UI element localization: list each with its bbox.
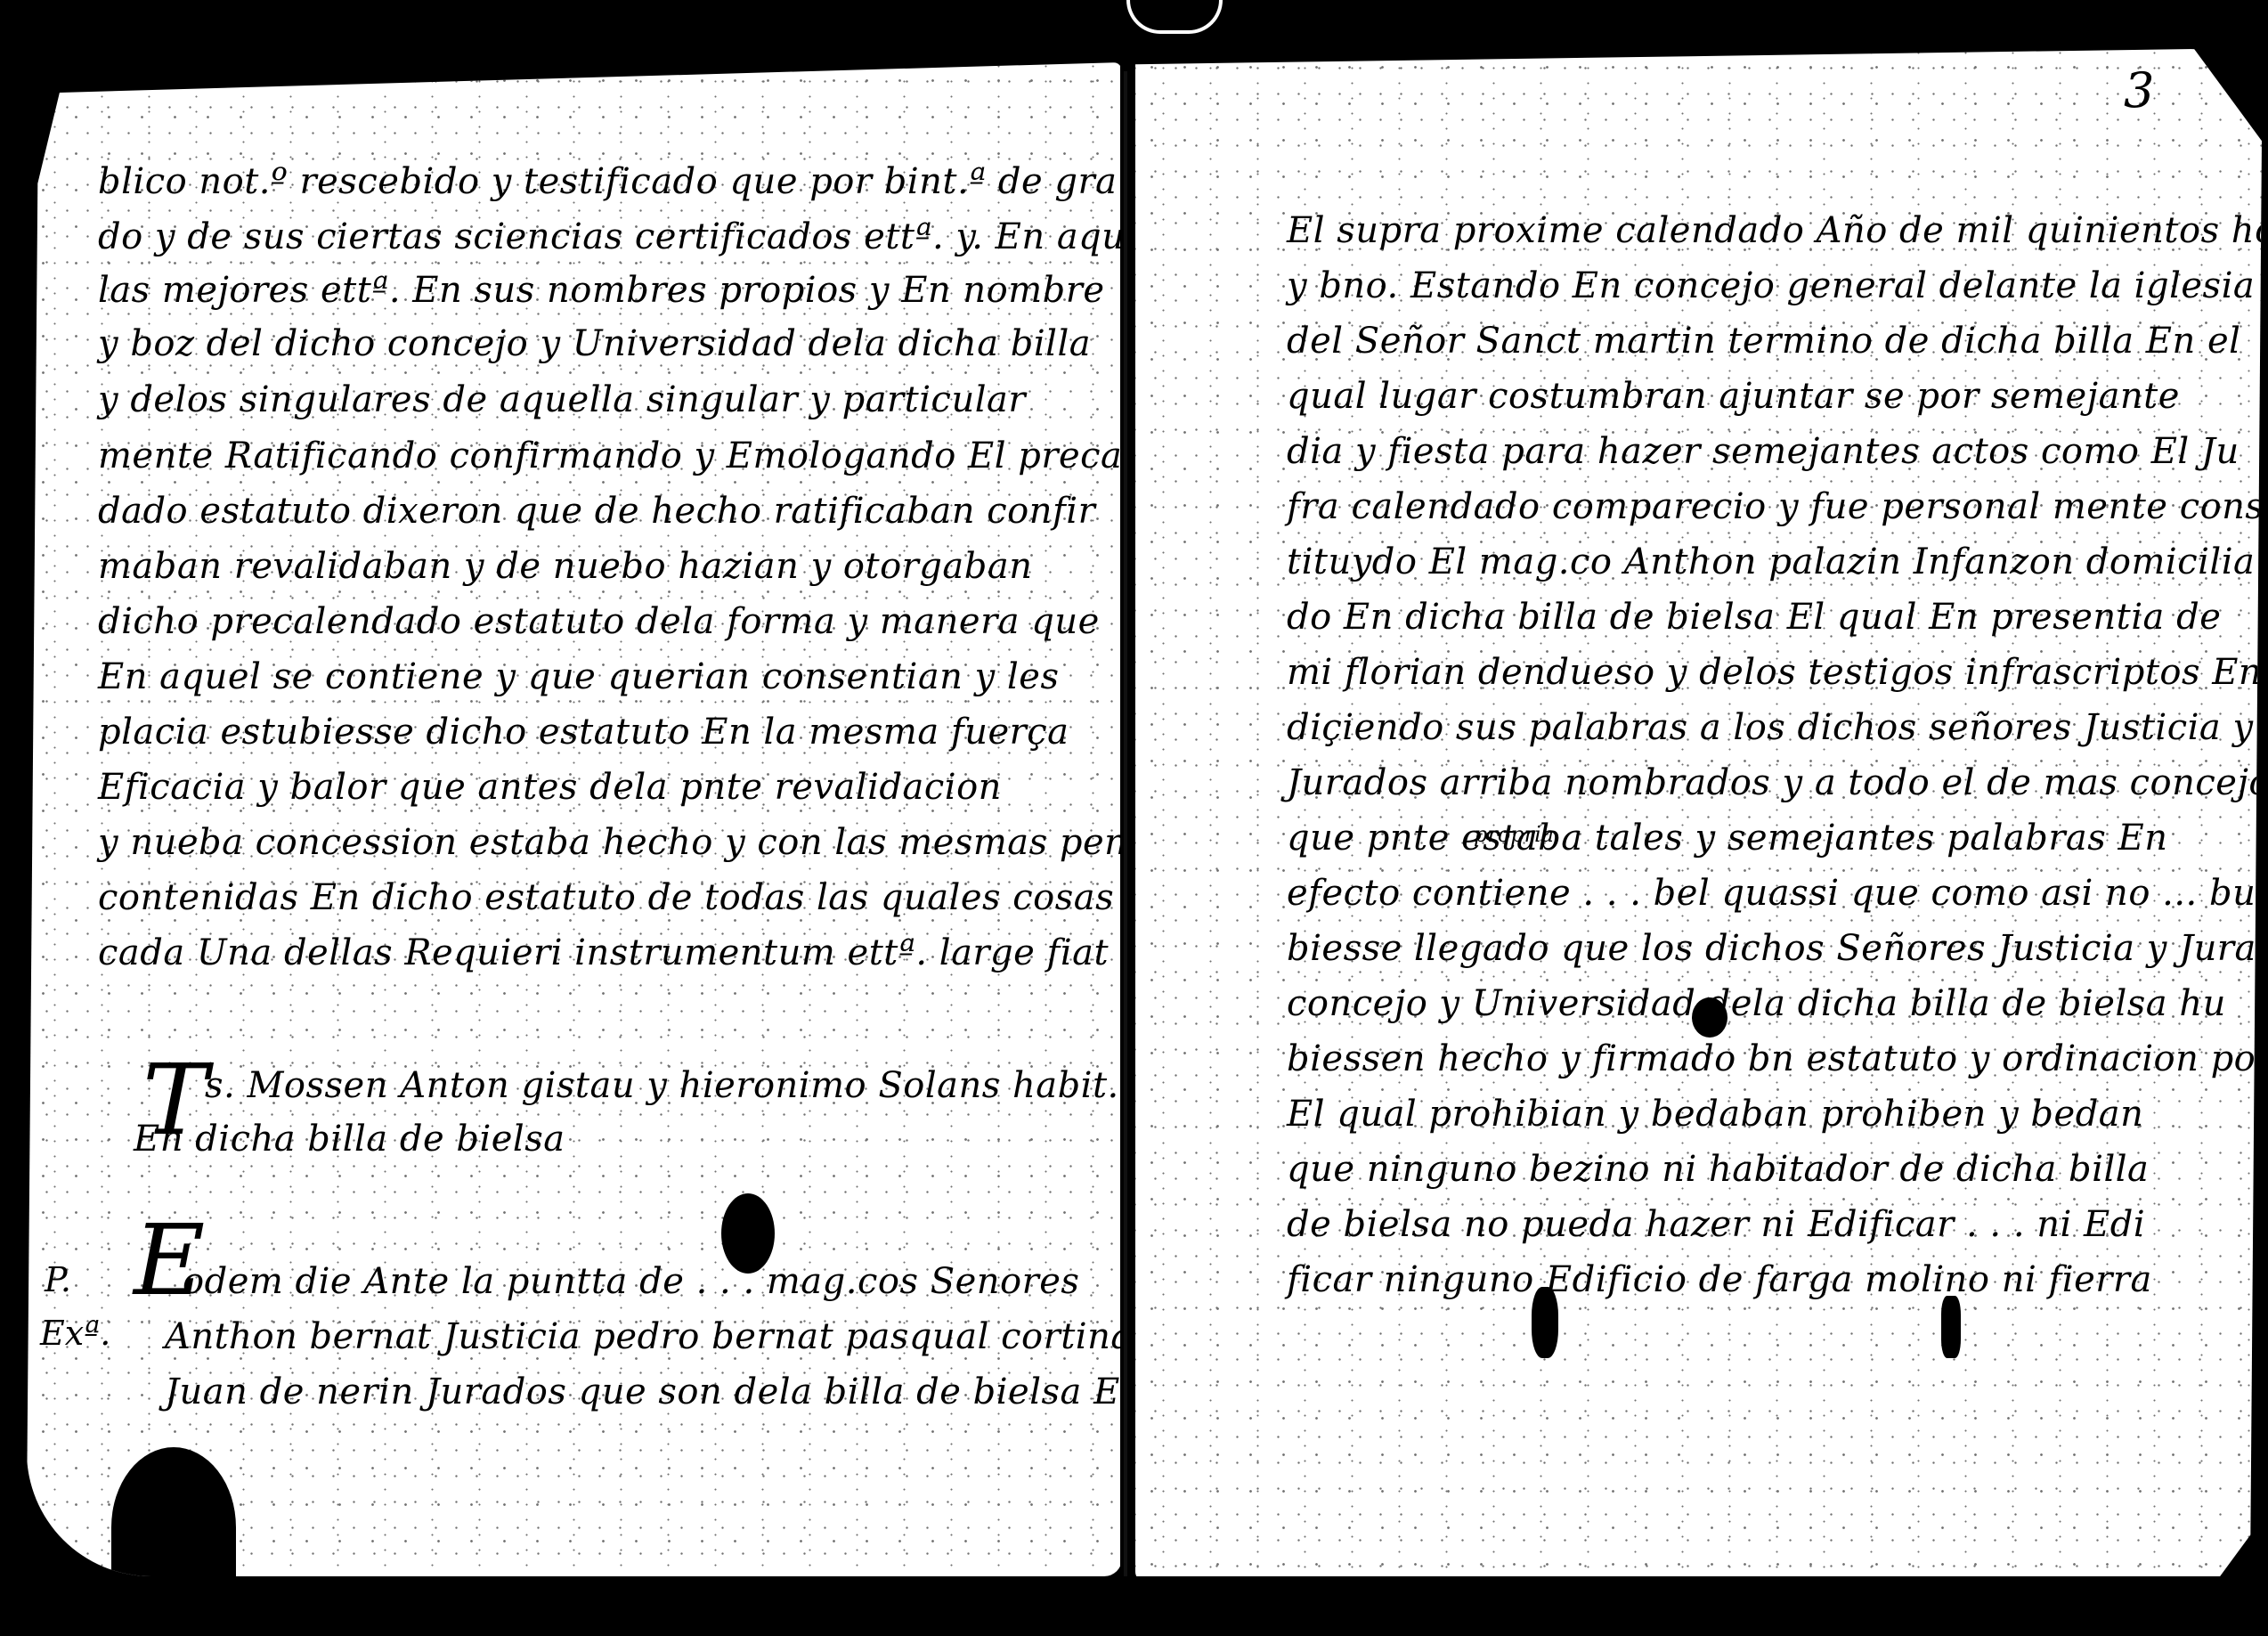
text-line: cada Una dellas Requieri instrumentum et… xyxy=(98,932,1122,974)
text-line: s. Mossen Anton gistau y hieronimo Solan… xyxy=(205,1064,1119,1107)
text-line: dia y fiesta para hazer semejantes actos… xyxy=(1287,430,2240,473)
text-line: El supra proxime calendado Año de mil qu… xyxy=(1287,209,2262,252)
text-line: En aquel se contiene y que querian conse… xyxy=(98,655,1059,698)
text-line: diçiendo sus palabras a los dichos señor… xyxy=(1287,706,2254,749)
text-line: fra calendado comparecio y fue personal … xyxy=(1287,485,2262,528)
text-line: concejo y Universidad dela dicha billa d… xyxy=(1287,982,2226,1025)
text-line: maban revalidaban y de nuebo hazian y ot… xyxy=(98,545,1032,588)
text-line: las mejores ettª. En sus nombres propios… xyxy=(98,269,1105,312)
text-line: que ninguno bezino ni habitador de dicha… xyxy=(1287,1148,2149,1191)
ink-blot xyxy=(1692,997,1727,1038)
text-line: del Señor Sanct martin termino de dicha … xyxy=(1287,320,2240,362)
text-line: que pnte estaba tales y semejantes palab… xyxy=(1287,817,2167,859)
text-line: Jurados arriba nombrados y a todo el de … xyxy=(1287,761,2262,804)
interlinear-note: propria xyxy=(1474,822,1554,847)
gutter-shadow xyxy=(1124,71,1127,1585)
text-line: de bielsa no pueda hazer ni Edificar . .… xyxy=(1287,1203,2145,1246)
text-line: biessen hecho y firmado bn estatuto y or… xyxy=(1287,1038,2262,1080)
text-line: contenidas En dicho estatuto de todas la… xyxy=(98,876,1122,919)
text-line: qual lugar costumbran ajuntar se por sem… xyxy=(1287,375,2180,418)
text-line: ficar ninguno Edificio de farga molino n… xyxy=(1287,1258,2152,1301)
margin-note: P. xyxy=(45,1260,71,1299)
ink-blot xyxy=(1532,1287,1558,1358)
text-line: tituydo El mag.co Anthon palazin Infanzo… xyxy=(1287,541,2255,583)
text-line: En dicha billa de bielsa xyxy=(134,1118,565,1160)
text-line: y delos singulares de aquella singular y… xyxy=(98,378,1026,421)
text-line: Juan de nerin Jurados que son dela billa… xyxy=(165,1371,1122,1413)
text-line: efecto contiene . . . bel quassi que com… xyxy=(1287,872,2256,915)
text-line: do y de sus ciertas sciencias certificad… xyxy=(98,216,1122,258)
text-line: El qual prohibian y bedaban prohiben y b… xyxy=(1287,1093,2143,1135)
text-line: do En dicha billa de bielsa El qual En p… xyxy=(1287,596,2221,639)
manuscript-scan: blico not.º rescebido y testificado que … xyxy=(0,0,2268,1636)
text-line: mi florian dendueso y delos testigos inf… xyxy=(1287,651,2262,694)
text-line: mente Ratificando confirmando y Emologan… xyxy=(98,435,1122,477)
text-line: odem die Ante la puntta de . . . mag.cos… xyxy=(183,1260,1079,1303)
text-line: y nueba concession estaba hecho y con la… xyxy=(98,821,1122,864)
folio-number: 3 xyxy=(2124,62,2154,118)
right-page: 3 El supra proxime calendado Año de mil … xyxy=(1135,49,2262,1581)
left-page: blico not.º rescebido y testificado que … xyxy=(27,62,1122,1576)
text-line: blico not.º rescebido y testificado que … xyxy=(98,160,1117,203)
text-line: Anthon bernat Justicia pedro bernat pasq… xyxy=(165,1315,1122,1358)
text-line: y bno. Estando En concejo general delant… xyxy=(1287,265,2255,307)
ink-blot xyxy=(721,1193,775,1274)
text-line: dado estatuto dixeron que de hecho ratif… xyxy=(98,490,1095,533)
bottom-scan-border xyxy=(0,1576,2268,1636)
book-gutter xyxy=(1120,62,1136,1594)
margin-note: Exª. xyxy=(40,1314,110,1353)
text-line: placia estubiesse dicho estatuto En la m… xyxy=(98,711,1069,753)
text-line: y boz del dicho concejo y Universidad de… xyxy=(98,322,1091,365)
text-line: Eficacia y balor que antes dela pnte rev… xyxy=(98,766,1002,809)
text-line: dicho precalendado estatuto dela forma y… xyxy=(98,600,1100,643)
ink-blot xyxy=(1941,1296,1961,1358)
page-damage xyxy=(111,1447,236,1576)
text-line: biesse llegado que los dichos Señores Ju… xyxy=(1287,927,2262,970)
